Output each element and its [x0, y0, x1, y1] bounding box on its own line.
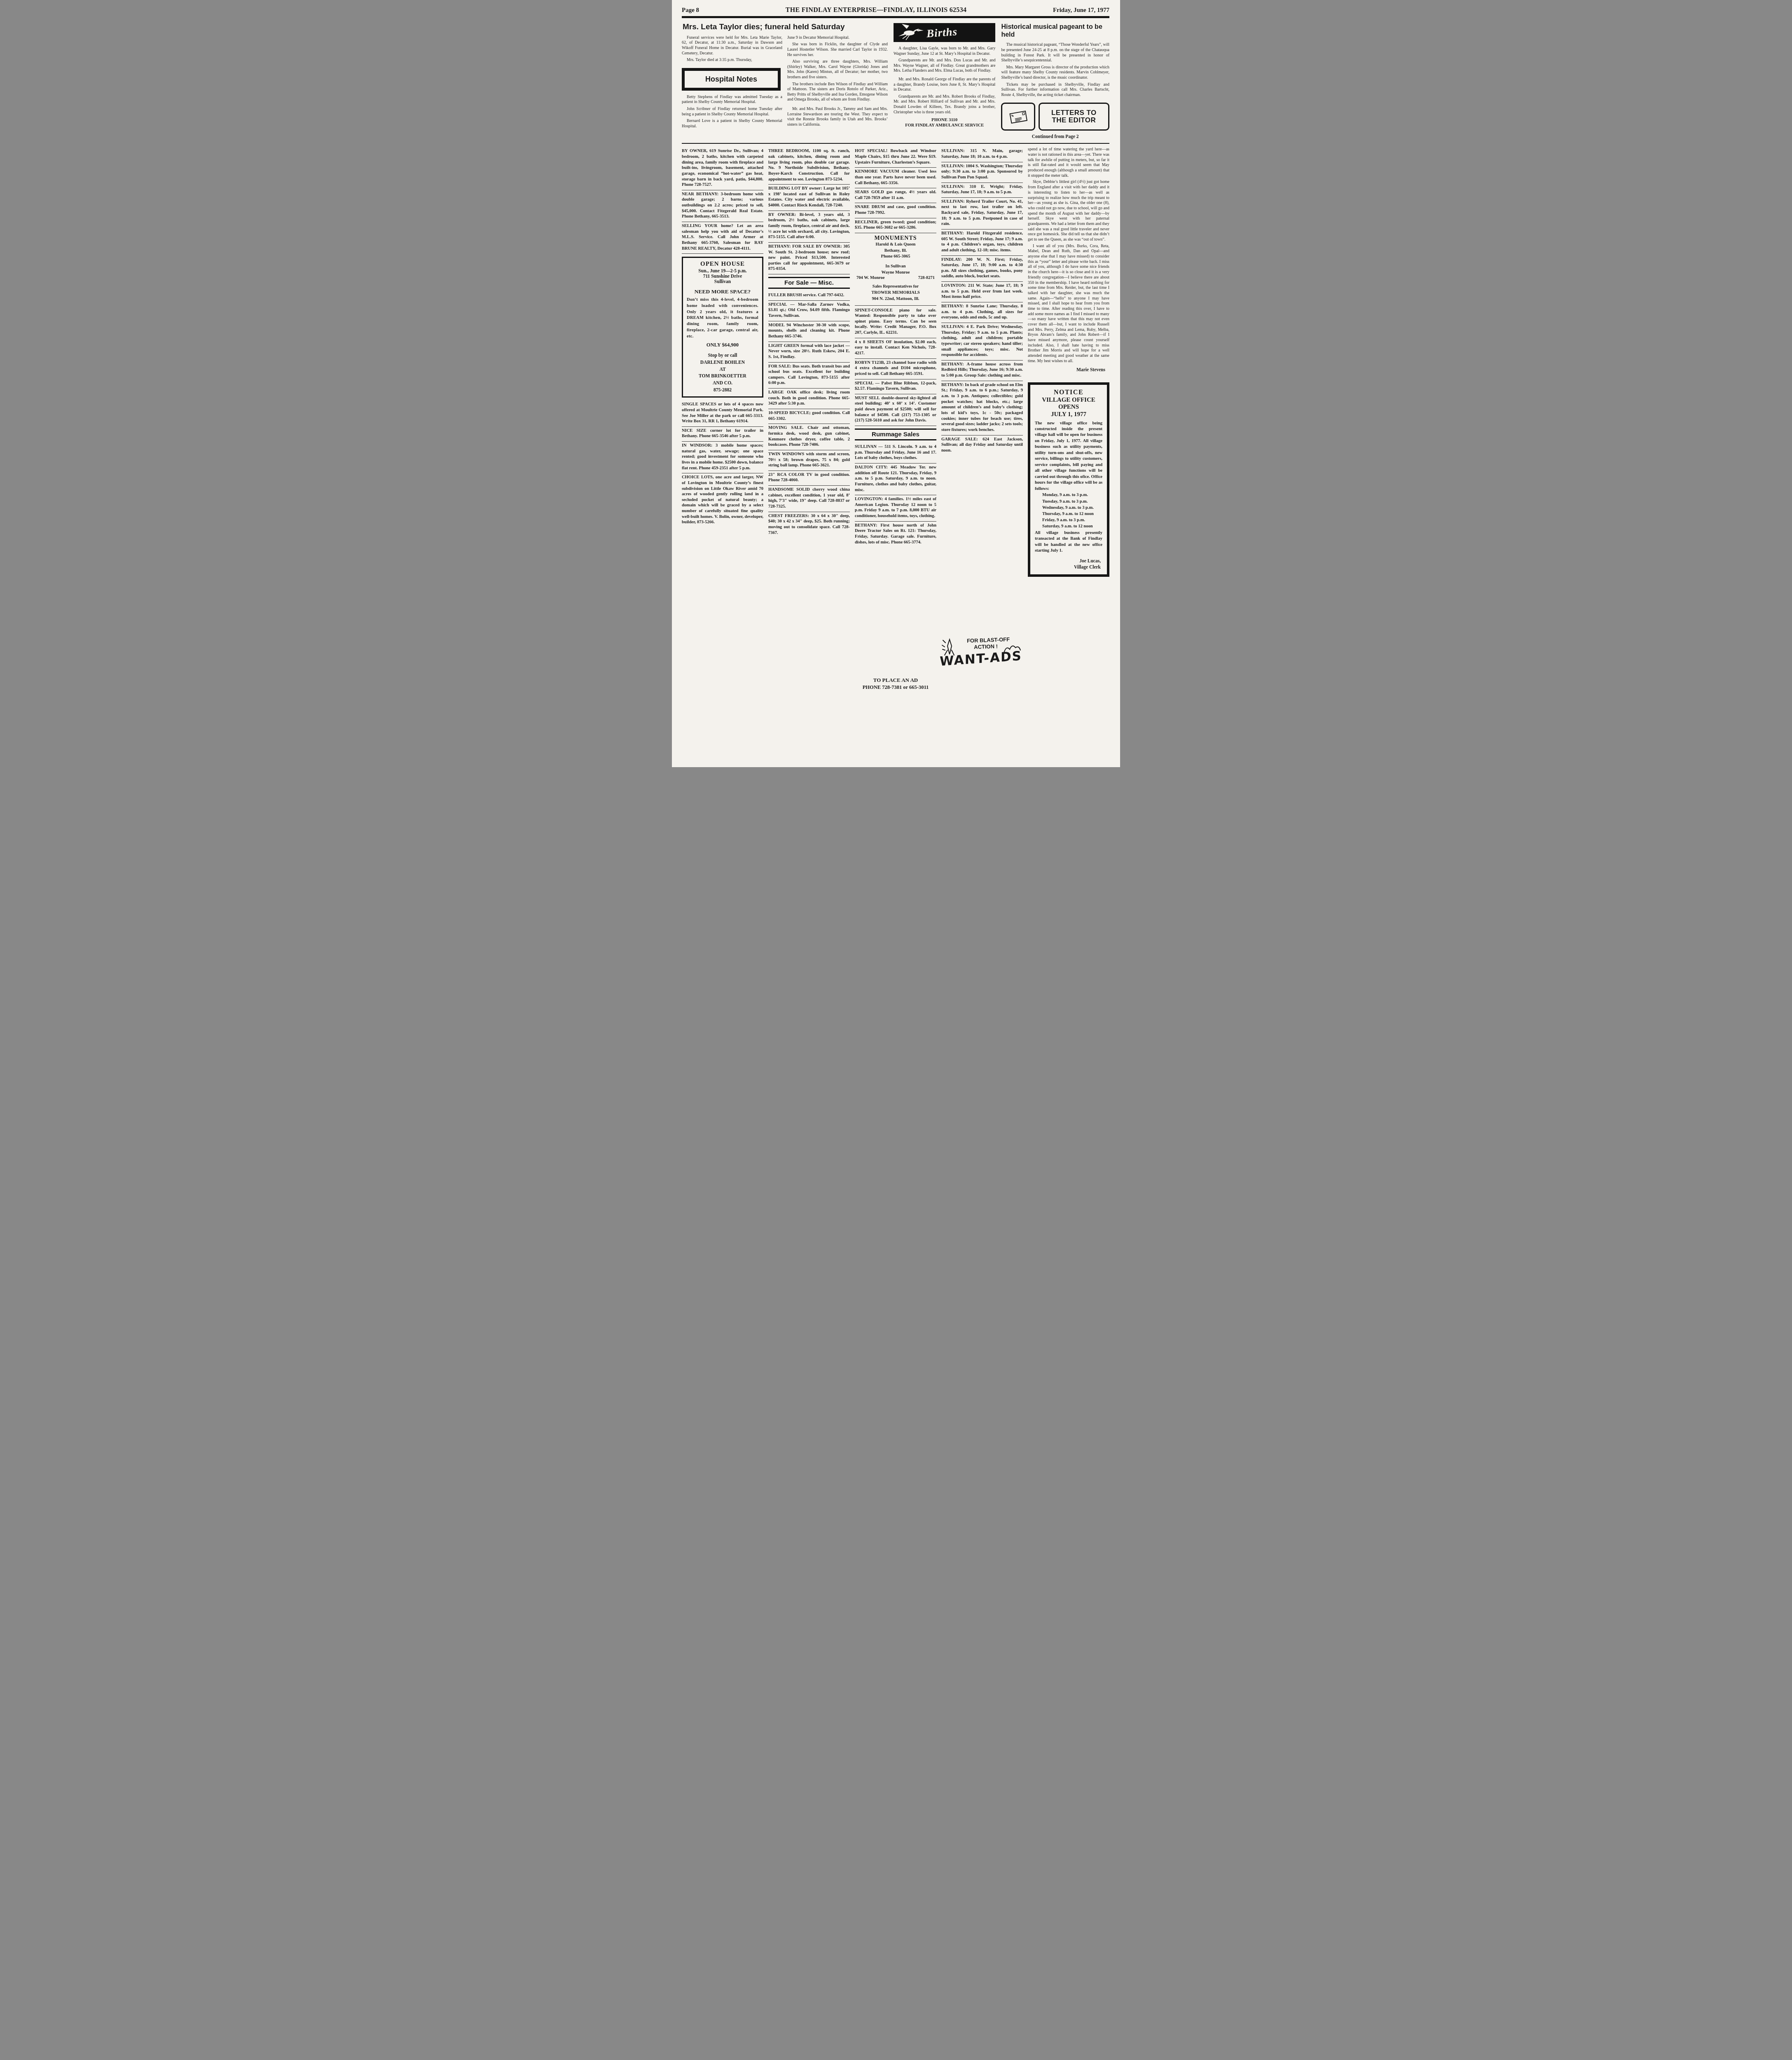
- classified-ad: SULLIVAN: 4 E. Park Drive; Wednesday, Th…: [941, 323, 1023, 360]
- stork-icon: [897, 24, 924, 41]
- classified-ad: ROBYN T123B, 23 channel base radio with …: [855, 359, 936, 379]
- hospital-notes-paragraph: Betty Stephens of Findlay was admitted T…: [682, 95, 782, 105]
- classified-ad: LIGHT GREEN formal with lace jacket — Ne…: [768, 342, 850, 363]
- open-house-ad: OPEN HOUSE Sun., June 19—2-5 p.m. 711 Su…: [682, 257, 763, 398]
- obituary-paragraph: The brothers include Ben Wilson of Findl…: [787, 82, 888, 103]
- hospital-notes-box: Hospital Notes: [682, 68, 781, 91]
- place-ad-notice: TO PLACE AN AD PHONE 728-7381 or 665-301…: [855, 677, 936, 693]
- classified-ad: FULLER BRUSH service. Call 797-6432.: [768, 291, 850, 301]
- classified-ad: BETHANY: First house north of John Deere…: [855, 522, 936, 548]
- hospital-notes-paragraph: John Scribner of Findlay returned home T…: [682, 107, 782, 117]
- letters-column: spend a lot of time watering the yard he…: [1028, 147, 1109, 693]
- notice-title: NOTICE: [1035, 389, 1102, 396]
- classified-ad: BY OWNER: Bi-level, 3 years old, 3 bedro…: [768, 211, 850, 243]
- births-paragraph: A daughter, Lisa Gayle, was born to Mr. …: [894, 46, 995, 56]
- classified-ad: LOVINGTON: 4 families. 1½ miles east of …: [855, 495, 936, 522]
- classified-ad: BUILDING LOT BY owner: Large lot 105’ x …: [768, 185, 850, 211]
- open-house-title: OPEN HOUSE: [687, 261, 758, 268]
- classified-ad: NEAR BETHANY: 3-bedroom home with double…: [682, 190, 763, 222]
- top-section: Mrs. Leta Taylor dies; funeral held Satu…: [682, 23, 1109, 139]
- letter-paragraph: I want all of you (Mrs. Burks, Cora, Ret…: [1028, 244, 1109, 364]
- obituary-article: Mrs. Leta Taylor dies; funeral held Satu…: [682, 23, 888, 139]
- for-sale-misc-header: For Sale — Misc.: [768, 277, 850, 289]
- masthead-rule: [682, 16, 1109, 18]
- births-section: Births A daughter, Lisa Gayle, was born …: [894, 23, 995, 139]
- classified-column-2: THREE BEDROOM, 1100 sq. ft. ranch, oak c…: [768, 147, 850, 693]
- classified-ad: BETHANY: A-frame house across from Redbi…: [941, 360, 1023, 381]
- classified-ad: RECLINER, green tweed; good condition; $…: [855, 218, 936, 233]
- pageant-paragraph: The musical historical pageant, “Those W…: [1001, 42, 1109, 63]
- classified-ad: GARAGE SALE: 624 East Jackson, Sullivan;…: [941, 435, 1023, 456]
- obituary-headline: Mrs. Leta Taylor dies; funeral held Satu…: [683, 23, 888, 32]
- notice-body: The new village office being constructed…: [1035, 421, 1102, 492]
- classified-ad: SULLIVAN: 1004 S. Washington; Thursday o…: [941, 162, 1023, 183]
- classified-ad: FOR SALE: Bus seats. Both transit bus an…: [768, 363, 850, 389]
- obituary-paragraph: Mrs. Taylor died at 3:35 p.m. Thursday,: [682, 58, 782, 63]
- classified-ad: BETHANY: Harold Fitzgerald residence, 60…: [941, 229, 1023, 256]
- letter-paragraph: spend a lot of time watering the yard he…: [1028, 147, 1109, 178]
- notice-hours: Wednesday, 9 a.m. to 3 p.m.: [1035, 505, 1102, 511]
- obituary-paragraph: Also surviving are three daughters, Mrs.…: [787, 59, 888, 80]
- classified-ad: DALTON CITY: 445 Meadow Ter. new additio…: [855, 463, 936, 495]
- classified-ad: TWIN WINDOWS with storm and screen, 70½ …: [768, 450, 850, 471]
- classified-ad: NICE SIZE corner lot for trailer in Beth…: [682, 427, 763, 442]
- classified-ad: BY OWNER, 619 Sunrise Dr., Sullivan; 4 b…: [682, 147, 763, 190]
- masthead-title: THE FINDLAY ENTERPRISE—FINDLAY, ILLINOIS…: [786, 7, 967, 14]
- pageant-paragraph: Tickets may be purchased in Shelbyville,…: [1001, 82, 1109, 98]
- news-brief-paragraph: Mr. and Mrs. Paul Brooks Jr., Tammy and …: [787, 107, 888, 127]
- hospital-notes-title: Hospital Notes: [687, 75, 775, 84]
- classified-ad: SULLIVAN — 511 S. Lincoln. 9 a.m. to 4 p…: [855, 443, 936, 463]
- classified-ad: BETHANY: FOR SALE BY OWNER: 305 W. South…: [768, 243, 850, 274]
- obituary-column-1: Funeral services were held for Mrs. Leta…: [682, 35, 782, 131]
- classified-ad: SINGLE SPACES or lots of 4 spaces now of…: [682, 400, 763, 427]
- notice-hours: Tuesday, 9 a.m. to 3 p.m.: [1035, 499, 1102, 505]
- classifieds-section: BY OWNER, 619 Sunrise Dr., Sullivan; 4 b…: [682, 147, 1109, 693]
- letters-box-line: THE EDITOR: [1052, 117, 1096, 124]
- pageant-headline: Historical musical pageant to be held: [1001, 23, 1109, 39]
- classified-ad: SEARS GOLD gas range, 4½ years old. Call…: [855, 188, 936, 203]
- obituary-paragraph: She was born in Ficklin, the daughter of…: [787, 42, 888, 58]
- notice-title: VILLAGE OFFICE OPENS: [1035, 397, 1102, 411]
- classified-ad: CHEST FREEZERS: 30 x 64 x 30" deep, $40;…: [768, 512, 850, 538]
- letters-to-editor-box: LETTERS TO THE EDITOR: [1039, 103, 1109, 131]
- classified-ad: CHOICE LOTS, one acre and larger, NW of …: [682, 473, 763, 527]
- page-date: Friday, June 17, 1977: [1053, 7, 1109, 14]
- classified-ad: SULLIVAN: 310 E. Wright; Friday, Saturda…: [941, 183, 1023, 198]
- letter-paragraph: Skye, Debbie’s littlest girl (4½) just g…: [1028, 180, 1109, 242]
- classified-ad: HANDSOME SOLID cherry wood china cabinet…: [768, 486, 850, 512]
- obituary-paragraph: Funeral services were held for Mrs. Leta…: [682, 35, 782, 56]
- page-header: Page 8 THE FINDLAY ENTERPRISE—FINDLAY, I…: [682, 7, 1109, 14]
- births-paragraph: Grandparents are Mr. and Mrs. Don Lucas …: [894, 58, 995, 74]
- village-office-notice: NOTICE VILLAGE OFFICE OPENS JULY 1, 1977…: [1028, 382, 1109, 577]
- classified-ad: SULLIVAN: 315 N. Main, garage; Saturday,…: [941, 147, 1023, 162]
- notice-title: JULY 1, 1977: [1035, 411, 1102, 418]
- classified-ad: 10-SPEED BICYCLE; good condition. Call 6…: [768, 409, 850, 424]
- letters-box-line: LETTERS TO: [1051, 109, 1096, 117]
- section-divider: [682, 143, 1109, 144]
- pageant-paragraph: Mrs. Mary Margaret Gross is director of …: [1001, 65, 1109, 81]
- classified-ad: SELLING YOUR home? Let an area salesman …: [682, 222, 763, 254]
- ambulance-phone-label: FOR FINDLAY AMBULANCE SERVICE: [894, 123, 995, 128]
- classified-column-3: HOT SPECIAL! Bowback and Windsor Maple C…: [855, 147, 936, 693]
- pageant-article: Historical musical pageant to be held Th…: [1001, 23, 1109, 139]
- letter-signature: Marie Stevens: [1028, 368, 1105, 372]
- notice-hours: Saturday, 9 a.m. to 12 noon: [1035, 523, 1102, 529]
- classified-ad: IN WINDSOR: 3 mobile home spaces; natura…: [682, 442, 763, 473]
- obituary-column-2: June 9 in Decatur Memorial Hospital. She…: [787, 35, 888, 131]
- notice-hours: Monday, 9 a.m. to 3 p.m.: [1035, 492, 1102, 498]
- rummage-sales-header: Rummage Sales: [855, 428, 936, 440]
- classified-ad: HOT SPECIAL! Bowback and Windsor Maple C…: [855, 147, 936, 168]
- notice-hours: Thursday, 9 a.m. to 12 noon: [1035, 511, 1102, 517]
- want-ads-graphic: FOR BLAST-OFF ACTION ! WANT-ADS: [941, 631, 1023, 693]
- classified-ad: BETHANY: In back of grade school on Elm …: [941, 381, 1023, 435]
- classified-ad: KENMORE VACUUM cleaner. Used less than o…: [855, 168, 936, 188]
- letters-envelope-box: [1001, 103, 1035, 131]
- classified-ad: SULLIVAN: Ryherd Trailer Court, No. 41, …: [941, 198, 1023, 229]
- classified-column-4: SULLIVAN: 315 N. Main, garage; Saturday,…: [941, 147, 1023, 693]
- classified-ad: FINDLAY: 200 W. N. First; Friday, Saturd…: [941, 256, 1023, 282]
- obituary-paragraph: June 9 in Decatur Memorial Hospital.: [787, 35, 888, 41]
- page-number: Page 8: [682, 7, 699, 14]
- notice-signature: Joe Lucas, Village Clerk: [1035, 558, 1101, 571]
- ambulance-phone: PHONE 3110: [894, 117, 995, 122]
- notice-hours: Friday, 9 a.m. to 3 p.m.: [1035, 517, 1102, 523]
- classified-ad: LOVINTON: 211 W. State; June 17, 18; 9 a…: [941, 282, 1023, 302]
- continued-from-label: Continued from Page 2: [1001, 134, 1109, 139]
- births-paragraph: Grandparents are Mr. and Mrs. Robert Bro…: [894, 94, 995, 115]
- births-paragraph: Mr. and Mrs. Ronald George of Findlay ar…: [894, 77, 995, 93]
- classified-ad: SNARE DRUM and case, good condition. Pho…: [855, 203, 936, 218]
- notice-closing: All village business presently transacte…: [1035, 530, 1102, 554]
- newspaper-page: Page 8 THE FINDLAY ENTERPRISE—FINDLAY, I…: [672, 0, 1120, 767]
- births-title: Births: [925, 25, 958, 40]
- classified-ad: 4 x 8 SHEETS OF insulation, $2.00 each, …: [855, 338, 936, 359]
- births-banner: Births: [894, 23, 995, 42]
- classified-ad: SPINET-CONSOLE piano for sale. Wanted: R…: [855, 307, 936, 338]
- letters-header: LETTERS TO THE EDITOR: [1001, 103, 1109, 131]
- classified-ad: 23" RCA COLOR TV in good condition. Phon…: [768, 471, 850, 486]
- envelope-icon: [1007, 108, 1029, 125]
- classified-ad: MODEL 94 Winchester 30-30 with scope, mo…: [768, 321, 850, 342]
- classified-ad: BETHANY: 8 Sunrise Lane; Thursday, 8 a.m…: [941, 302, 1023, 323]
- classified-ad: SPECIAL — Pabst Blue Ribbon, 12-pack, $2…: [855, 379, 936, 394]
- monuments-ad: MONUMENTS Harold & Lois Queen Bethany, I…: [855, 233, 936, 306]
- classified-ad: MOVING SALE. Chair and ottoman, formica …: [768, 424, 850, 450]
- classified-ad: MUST SELL double-doored sky-lighted all …: [855, 394, 936, 426]
- classified-ad: LARGE OAK office desk; living room couch…: [768, 389, 850, 409]
- classified-ad: SPECIAL — Mar-Salla Zarnov Vodka, $3.81 …: [768, 301, 850, 321]
- classified-column-1: BY OWNER, 619 Sunrise Dr., Sullivan; 4 b…: [682, 147, 763, 693]
- hospital-notes-paragraph: Bernard Love is a patient in Shelby Coun…: [682, 119, 782, 129]
- classified-ad: THREE BEDROOM, 1100 sq. ft. ranch, oak c…: [768, 147, 850, 185]
